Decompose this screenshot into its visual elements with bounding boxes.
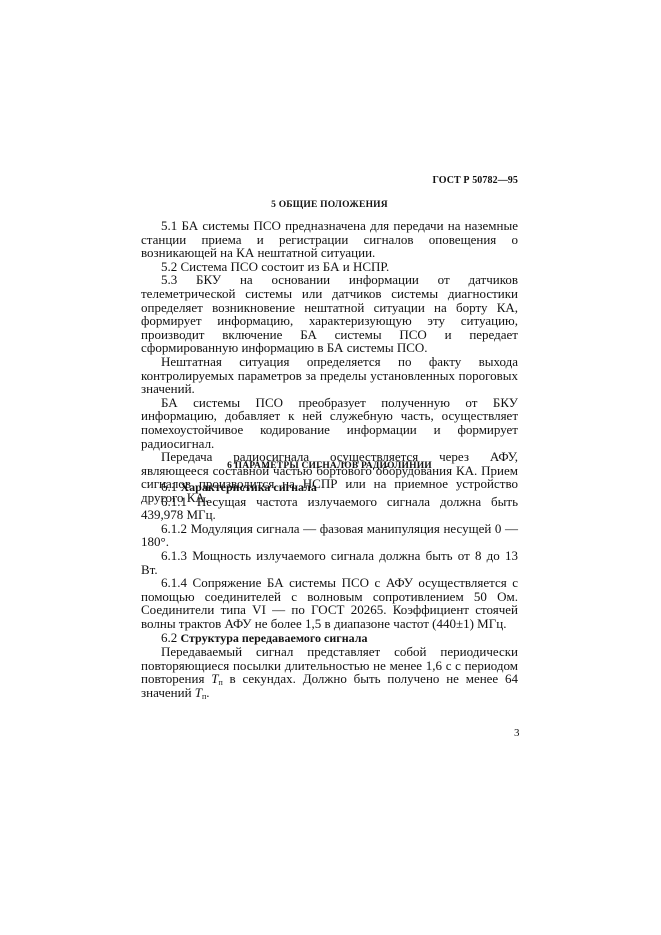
page-number: 3 <box>514 727 520 739</box>
paragraph: 6.1.4 Сопряжение БА системы ПСО с АФУ ос… <box>141 576 518 630</box>
document-id-header: ГОСТ Р 50782—95 <box>432 175 518 186</box>
subsection-number: 6.2 <box>161 630 177 645</box>
paragraph-6-2: Передаваемый сигнал представляет собой п… <box>141 645 518 699</box>
paragraph: 6.1.1 Несущая частота излучаемого сигнал… <box>141 495 518 522</box>
section-6-body: 6.1 Характеристика сигнала 6.1.1 Несущая… <box>141 480 518 700</box>
subsection-title: Характеристика сигнала <box>181 480 317 494</box>
paragraph: 6.1.2 Модуляция сигнала — фазовая манипу… <box>141 522 518 549</box>
subsection-number: 6.1 <box>161 479 177 494</box>
section-6-title: 6 ПАРАМЕТРЫ СИГНАЛОВ РАДИОЛИНИИ <box>141 461 518 471</box>
paragraph: Нештатная ситуация определяется по факту… <box>141 355 518 396</box>
subsection-6-1-heading: 6.1 Характеристика сигнала <box>141 480 518 495</box>
subsection-title: Структура передаваемого сигнала <box>181 631 368 645</box>
section-5-title: 5 ОБЩИЕ ПОЛОЖЕНИЯ <box>141 200 518 210</box>
paragraph: 5.1 БА системы ПСО предназначена для пер… <box>141 219 518 260</box>
subsection-6-2-heading: 6.2 Структура передаваемого сигнала <box>141 631 518 646</box>
symbol-T: T <box>195 685 202 700</box>
paragraph: 6.1.3 Мощность излучаемого сигнала должн… <box>141 549 518 576</box>
paragraph: 5.2 Система ПСО состоит из БА и НСПР. <box>141 260 518 274</box>
paragraph: 5.3 БКУ на основании информации от датчи… <box>141 273 518 355</box>
paragraph: БА системы ПСО преобразует полученную от… <box>141 396 518 450</box>
